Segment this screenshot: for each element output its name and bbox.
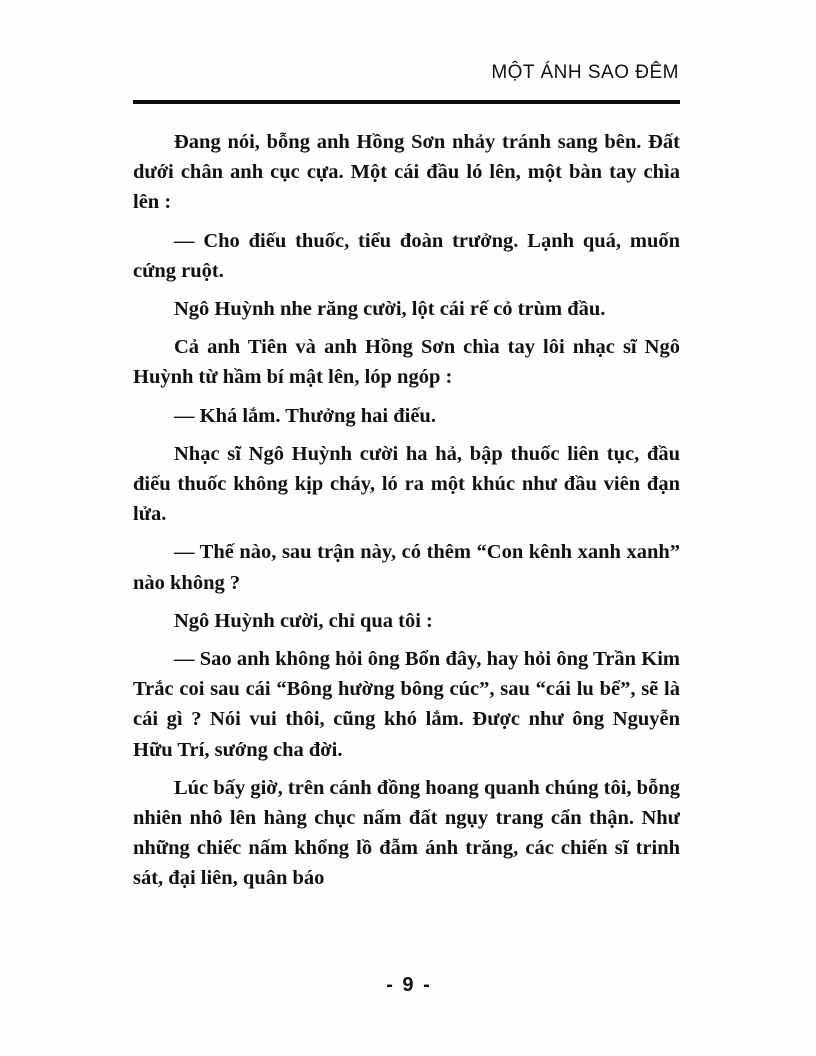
book-page: MỘT ÁNH SAO ĐÊM Đang nói, bỗng anh Hồng … [0, 0, 816, 1056]
paragraph: — Sao anh không hỏi ông Bổn đây, hay hỏi… [133, 644, 680, 765]
running-title: MỘT ÁNH SAO ĐÊM [491, 62, 679, 84]
paragraph: — Khá lắm. Thưởng hai điếu. [133, 401, 680, 431]
paragraph: Cả anh Tiên và anh Hồng Sơn chìa tay lôi… [133, 332, 680, 392]
paragraph: Ngô Huỳnh nhe răng cười, lột cái rế cỏ t… [133, 294, 680, 324]
header-rule [133, 100, 680, 104]
paragraph: Ngô Huỳnh cười, chỉ qua tôi : [133, 606, 680, 636]
page-number: - 9 - [0, 974, 816, 997]
paragraph: Nhạc sĩ Ngô Huỳnh cười ha hả, bập thuốc … [133, 439, 680, 530]
paragraph: Đang nói, bỗng anh Hồng Sơn nhảy tránh s… [133, 127, 680, 218]
paragraph: — Thế nào, sau trận này, có thêm “Con kê… [133, 537, 680, 597]
body-text: Đang nói, bỗng anh Hồng Sơn nhảy tránh s… [133, 127, 680, 902]
paragraph: Lúc bấy giờ, trên cánh đồng hoang quanh … [133, 773, 680, 894]
paragraph: — Cho điếu thuốc, tiểu đoàn trưởng. Lạnh… [133, 226, 680, 286]
